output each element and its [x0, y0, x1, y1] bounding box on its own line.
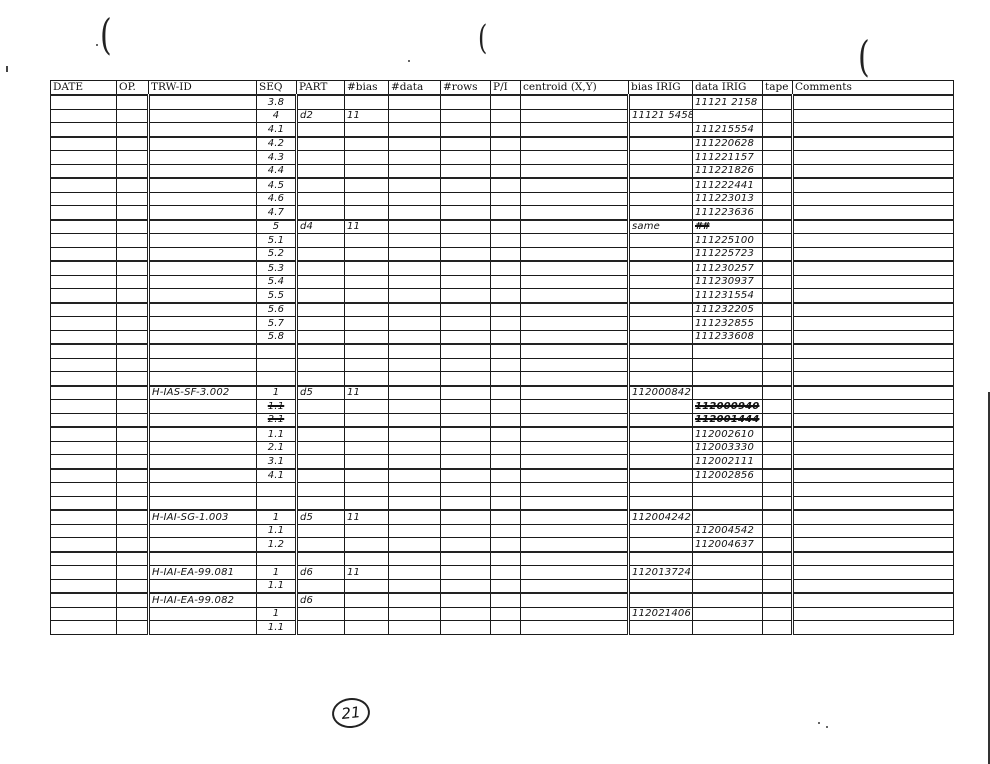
cell-comments [793, 123, 954, 137]
cell-trw-id [149, 151, 257, 165]
cell-date [51, 178, 117, 192]
cell-rows [441, 123, 491, 137]
cell-op [117, 441, 149, 455]
cell-op [117, 621, 149, 635]
cell-part [297, 372, 345, 386]
table-row: 4.4111221826 [51, 164, 954, 178]
table-row: 3.811121 2158 [51, 95, 954, 109]
cell-data [389, 538, 441, 552]
cell-trw-id: H-IAI-EA-99.081 [149, 566, 257, 580]
cell-p-i [491, 164, 521, 178]
cell-bias-irig [629, 483, 693, 497]
cell-rows [441, 317, 491, 331]
cell-part [297, 151, 345, 165]
cell-rows [441, 427, 491, 441]
cell-tape [763, 400, 793, 414]
cell-bias [345, 455, 389, 469]
cell-seq: 3.8 [257, 95, 297, 109]
cell-date [51, 192, 117, 206]
cell-data [389, 496, 441, 510]
cell-trw-id [149, 95, 257, 109]
cell-trw-id [149, 192, 257, 206]
cell-p-i [491, 123, 521, 137]
cell-data [389, 552, 441, 566]
cell-op [117, 95, 149, 109]
cell-p-i [491, 455, 521, 469]
cell-date [51, 607, 117, 621]
cell-p-i [491, 524, 521, 538]
cell-p-i [491, 317, 521, 331]
cell-seq: 4.1 [257, 469, 297, 483]
cell-op [117, 137, 149, 151]
cell-data-irig: 111222441 [693, 178, 763, 192]
cell-rows [441, 538, 491, 552]
cell-rows [441, 593, 491, 607]
cell-rows [441, 510, 491, 524]
cell-op [117, 496, 149, 510]
cell-seq: 1.1 [257, 621, 297, 635]
cell-tape [763, 386, 793, 400]
cell-trw-id [149, 621, 257, 635]
cell-p-i [491, 441, 521, 455]
cell-bias-irig: 11121 5458 [629, 109, 693, 123]
cell-rows [441, 621, 491, 635]
cell-centroid [521, 496, 629, 510]
cell-date [51, 289, 117, 303]
cell-rows [441, 552, 491, 566]
cell-part [297, 524, 345, 538]
cell-bias [345, 192, 389, 206]
cell-centroid [521, 137, 629, 151]
cell-tape [763, 469, 793, 483]
cell-comments [793, 566, 954, 580]
cell-bias [345, 469, 389, 483]
cell-p-i [491, 621, 521, 635]
cell-p-i [491, 192, 521, 206]
cell-part [297, 413, 345, 427]
cell-data [389, 95, 441, 109]
cell-bias [345, 372, 389, 386]
cell-date [51, 510, 117, 524]
struck-entry: ## [695, 221, 709, 232]
cell-p-i [491, 538, 521, 552]
cell-comments [793, 151, 954, 165]
cell-bias-irig [629, 275, 693, 289]
cell-data-irig: 111230257 [693, 261, 763, 275]
cell-part [297, 538, 345, 552]
cell-data-irig: 111232205 [693, 303, 763, 317]
column-header-comments: Comments [793, 81, 954, 96]
cell-seq: 5.7 [257, 317, 297, 331]
table-row: 4.1111215554 [51, 123, 954, 137]
cell-data-irig: 112003330 [693, 441, 763, 455]
cell-bias-irig [629, 178, 693, 192]
cell-part [297, 358, 345, 372]
cell-bias [345, 496, 389, 510]
cell-tape [763, 593, 793, 607]
cell-p-i [491, 247, 521, 261]
cell-date [51, 538, 117, 552]
cell-comments [793, 510, 954, 524]
cell-tape [763, 192, 793, 206]
cell-data [389, 289, 441, 303]
cell-bias [345, 579, 389, 593]
cell-trw-id [149, 317, 257, 331]
cell-data-irig: ## [693, 220, 763, 234]
cell-tape [763, 455, 793, 469]
cell-data [389, 386, 441, 400]
cell-centroid [521, 164, 629, 178]
cell-bias-irig [629, 289, 693, 303]
cell-op [117, 372, 149, 386]
cell-date [51, 151, 117, 165]
cell-rows [441, 220, 491, 234]
column-header-data-irig: data IRIG [693, 81, 763, 96]
cell-centroid [521, 358, 629, 372]
cell-op [117, 234, 149, 248]
cell-part [297, 275, 345, 289]
cell-part: d6 [297, 593, 345, 607]
cell-seq: 2.1 [257, 441, 297, 455]
table-row: 2.1112001444 [51, 413, 954, 427]
page-number: 21 [331, 696, 372, 730]
scan-artifact [96, 44, 98, 46]
cell-centroid [521, 289, 629, 303]
cell-comments [793, 206, 954, 220]
cell-comments [793, 164, 954, 178]
cell-data [389, 137, 441, 151]
cell-p-i [491, 344, 521, 358]
cell-rows [441, 372, 491, 386]
cell-bias [345, 427, 389, 441]
table-row: 5.3111230257 [51, 261, 954, 275]
cell-comments [793, 317, 954, 331]
cell-data-irig: 111231554 [693, 289, 763, 303]
cell-trw-id [149, 261, 257, 275]
cell-op [117, 344, 149, 358]
cell-p-i [491, 275, 521, 289]
cell-tape [763, 261, 793, 275]
cell-seq: 4.3 [257, 151, 297, 165]
cell-op [117, 427, 149, 441]
cell-centroid [521, 413, 629, 427]
cell-trw-id [149, 496, 257, 510]
cell-seq: 1.2 [257, 538, 297, 552]
cell-data [389, 358, 441, 372]
table-row: 4.1112002856 [51, 469, 954, 483]
cell-comments [793, 303, 954, 317]
cell-tape [763, 413, 793, 427]
cell-part [297, 330, 345, 344]
cell-tape [763, 579, 793, 593]
cell-date [51, 164, 117, 178]
cell-data [389, 427, 441, 441]
cell-date [51, 95, 117, 109]
cell-rows [441, 413, 491, 427]
cell-part: d2 [297, 109, 345, 123]
cell-bias-irig [629, 151, 693, 165]
cell-rows [441, 164, 491, 178]
cell-op [117, 247, 149, 261]
cell-bias-irig [629, 247, 693, 261]
table-row: 4.2111220628 [51, 137, 954, 151]
cell-seq: 5.3 [257, 261, 297, 275]
scan-artifact [6, 66, 8, 72]
cell-bias-irig [629, 455, 693, 469]
cell-rows [441, 607, 491, 621]
cell-part [297, 164, 345, 178]
cell-data [389, 151, 441, 165]
cell-bias-irig: 112004242 [629, 510, 693, 524]
cell-data-irig: 111225100 [693, 234, 763, 248]
cell-bias-irig: 112000842 [629, 386, 693, 400]
cell-bias [345, 247, 389, 261]
cell-data-irig: 112004542 [693, 524, 763, 538]
cell-op [117, 206, 149, 220]
table-row: 4.6111223013 [51, 192, 954, 206]
cell-p-i [491, 206, 521, 220]
cell-data-irig [693, 483, 763, 497]
cell-data [389, 441, 441, 455]
cell-data [389, 621, 441, 635]
cell-part [297, 441, 345, 455]
cell-p-i [491, 496, 521, 510]
cell-comments [793, 441, 954, 455]
cell-bias-irig: 112021406 [629, 607, 693, 621]
cell-tape [763, 607, 793, 621]
cell-comments [793, 496, 954, 510]
cell-centroid [521, 607, 629, 621]
cell-tape [763, 330, 793, 344]
cell-bias [345, 524, 389, 538]
cell-data [389, 566, 441, 580]
cell-data-irig [693, 621, 763, 635]
cell-part [297, 607, 345, 621]
cell-comments [793, 607, 954, 621]
cell-seq: 4.4 [257, 164, 297, 178]
cell-date [51, 109, 117, 123]
cell-op [117, 303, 149, 317]
cell-p-i [491, 483, 521, 497]
cell-date [51, 358, 117, 372]
cell-bias [345, 607, 389, 621]
cell-bias-irig [629, 317, 693, 331]
cell-bias [345, 317, 389, 331]
cell-rows [441, 137, 491, 151]
table-row: 5.8111233608 [51, 330, 954, 344]
cell-p-i [491, 137, 521, 151]
cell-part: d5 [297, 386, 345, 400]
cell-date [51, 524, 117, 538]
cell-data [389, 413, 441, 427]
cell-centroid [521, 538, 629, 552]
cell-centroid [521, 95, 629, 109]
cell-centroid [521, 109, 629, 123]
table-row: H-IAI-EA-99.0811d611112013724 [51, 566, 954, 580]
cell-data-irig: 112000940 [693, 400, 763, 414]
cell-op [117, 164, 149, 178]
column-header-date: DATE [51, 81, 117, 96]
cell-part: d4 [297, 220, 345, 234]
cell-rows [441, 400, 491, 414]
cell-centroid [521, 220, 629, 234]
cell-centroid [521, 192, 629, 206]
cell-tape [763, 621, 793, 635]
column-header-part: PART [297, 81, 345, 96]
cell-part [297, 496, 345, 510]
cell-data-irig [693, 109, 763, 123]
table-row: 1.1112004542 [51, 524, 954, 538]
cell-date [51, 261, 117, 275]
cell-seq [257, 496, 297, 510]
cell-data-irig: 111215554 [693, 123, 763, 137]
table-row: 3.1112002111 [51, 455, 954, 469]
cell-data [389, 192, 441, 206]
cell-rows [441, 247, 491, 261]
cell-date [51, 593, 117, 607]
cell-bias-irig [629, 164, 693, 178]
cell-trw-id [149, 275, 257, 289]
cell-bias [345, 261, 389, 275]
cell-data-irig: 112004637 [693, 538, 763, 552]
cell-data-irig [693, 510, 763, 524]
cell-trw-id [149, 123, 257, 137]
cell-centroid [521, 372, 629, 386]
cell-trw-id [149, 234, 257, 248]
cell-data [389, 524, 441, 538]
cell-op [117, 413, 149, 427]
table-row [51, 483, 954, 497]
cell-comments [793, 95, 954, 109]
cell-trw-id [149, 427, 257, 441]
cell-op [117, 510, 149, 524]
table-row: 1.1 [51, 579, 954, 593]
cell-seq: 1.1 [257, 524, 297, 538]
cell-rows [441, 151, 491, 165]
cell-centroid [521, 247, 629, 261]
cell-data-irig: 11121 2158 [693, 95, 763, 109]
cell-comments [793, 109, 954, 123]
cell-date [51, 400, 117, 414]
cell-bias-irig [629, 95, 693, 109]
cell-data [389, 344, 441, 358]
cell-date [51, 303, 117, 317]
cell-comments [793, 427, 954, 441]
column-header-seq: SEQ [257, 81, 297, 96]
cell-trw-id [149, 247, 257, 261]
cell-seq: 5.8 [257, 330, 297, 344]
cell-trw-id: H-IAI-SG-1.003 [149, 510, 257, 524]
table-row: 1.1112000940 [51, 400, 954, 414]
cell-data [389, 178, 441, 192]
cell-comments [793, 358, 954, 372]
cell-tape [763, 372, 793, 386]
cell-p-i [491, 400, 521, 414]
cell-bias [345, 344, 389, 358]
cell-date [51, 552, 117, 566]
cell-centroid [521, 151, 629, 165]
cell-bias [345, 621, 389, 635]
cell-data-irig: 111223013 [693, 192, 763, 206]
cell-part [297, 483, 345, 497]
scan-artifact [826, 726, 828, 728]
cell-data [389, 455, 441, 469]
cell-op [117, 524, 149, 538]
cell-data-irig: 111220628 [693, 137, 763, 151]
cell-tape [763, 234, 793, 248]
cell-seq: 5.2 [257, 247, 297, 261]
cell-rows [441, 455, 491, 469]
column-header-op: OP. [117, 81, 149, 96]
cell-p-i [491, 330, 521, 344]
cell-op [117, 552, 149, 566]
cell-comments [793, 344, 954, 358]
cell-date [51, 496, 117, 510]
cell-part [297, 95, 345, 109]
cell-p-i [491, 358, 521, 372]
cell-data [389, 164, 441, 178]
cell-seq: 5 [257, 220, 297, 234]
cell-bias-irig [629, 358, 693, 372]
cell-centroid [521, 344, 629, 358]
cell-p-i [491, 234, 521, 248]
cell-data-irig [693, 607, 763, 621]
cell-data [389, 275, 441, 289]
table-body: 3.811121 21584d21111121 54584.1111215554… [51, 95, 954, 634]
column-header-bias: #bias [345, 81, 389, 96]
cell-data [389, 593, 441, 607]
column-header-tape: tape [763, 81, 793, 96]
cell-comments [793, 234, 954, 248]
cell-centroid [521, 123, 629, 137]
cell-comments [793, 621, 954, 635]
cell-trw-id [149, 552, 257, 566]
table-row: 5.4111230937 [51, 275, 954, 289]
cell-p-i [491, 220, 521, 234]
cell-tape [763, 483, 793, 497]
cell-data-irig: 111221157 [693, 151, 763, 165]
cell-bias-irig [629, 427, 693, 441]
cell-seq: 1.1 [257, 427, 297, 441]
cell-part: d5 [297, 510, 345, 524]
cell-trw-id [149, 330, 257, 344]
cell-trw-id [149, 289, 257, 303]
cell-seq: 1 [257, 386, 297, 400]
cell-rows [441, 206, 491, 220]
cell-bias-irig: same [629, 220, 693, 234]
cell-rows [441, 358, 491, 372]
cell-p-i [491, 469, 521, 483]
cell-op [117, 151, 149, 165]
cell-date [51, 427, 117, 441]
cell-bias [345, 164, 389, 178]
cell-bias-irig [629, 123, 693, 137]
cell-trw-id [149, 358, 257, 372]
cell-bias: 11 [345, 510, 389, 524]
table-row: 5.6111232205 [51, 303, 954, 317]
cell-p-i [491, 510, 521, 524]
cell-bias: 11 [345, 109, 389, 123]
cell-seq: 1.1 [257, 400, 297, 414]
cell-tape [763, 566, 793, 580]
cell-seq: 1 [257, 607, 297, 621]
cell-data-irig: 112002111 [693, 455, 763, 469]
cell-part [297, 621, 345, 635]
scan-artifact [818, 722, 820, 724]
cell-tape [763, 178, 793, 192]
cell-op [117, 469, 149, 483]
column-header-data: #data [389, 81, 441, 96]
